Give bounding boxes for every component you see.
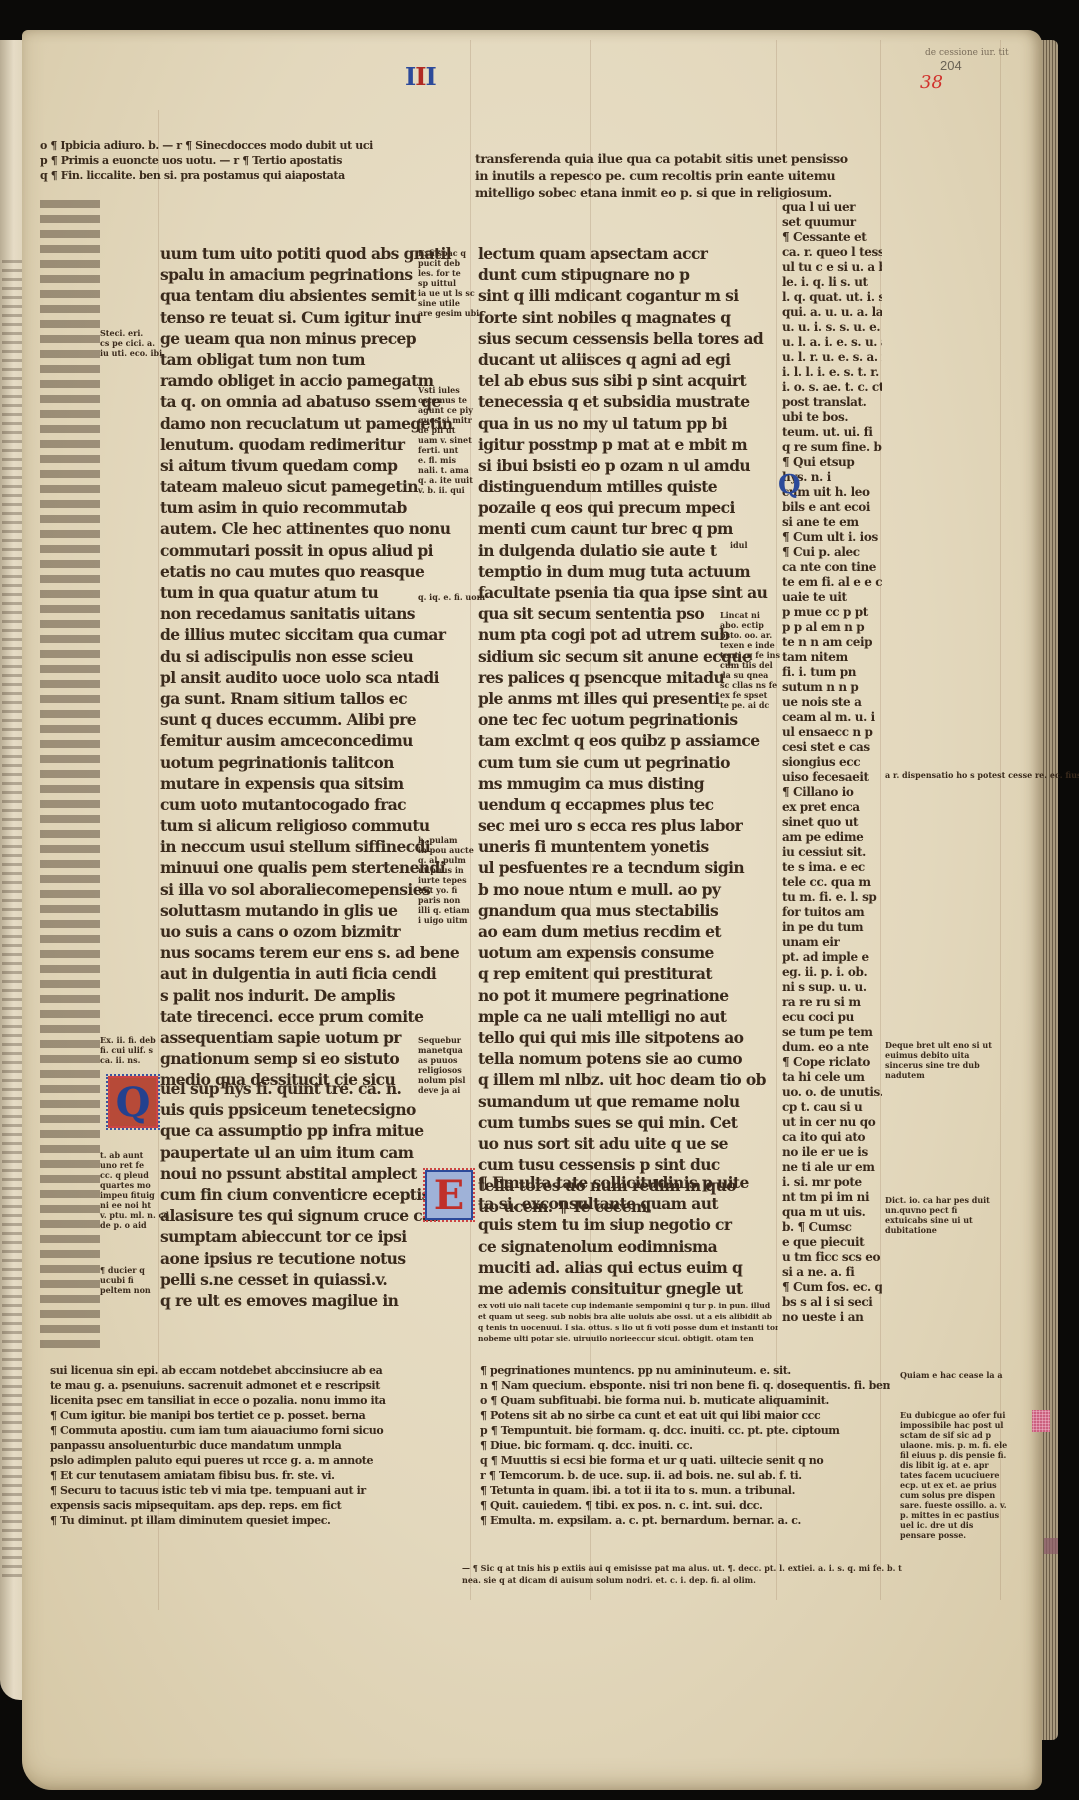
gloss-line: ecu coci pu: [782, 1010, 882, 1025]
gutter-note-line: are gesim ubi: [418, 308, 474, 318]
gloss-line: for tuitos am: [782, 905, 882, 920]
folio-pencil-note: de cessione iur. tit: [925, 48, 1009, 58]
gutter-note-line: les. for te: [418, 268, 474, 278]
ruling-line: [1000, 40, 1001, 1600]
folio-number-pencil: 204: [940, 58, 962, 73]
gloss-line: te em fi. al e e c: [782, 575, 882, 590]
gutter-note-line: Lincat ni: [720, 610, 780, 620]
gloss-line: tele cc. qua m: [782, 875, 882, 890]
right-column-gloss-text: qua l ui uer set quumur ¶ Cessante et ca…: [782, 200, 882, 1325]
gutter-note-line: cs pe cici. a.: [100, 338, 160, 348]
gutter-note-line: te pe. ai dc: [720, 700, 780, 710]
text-line: soluttasm mutando in glis ue: [160, 900, 460, 921]
text-line: minuui one qualis pem stertenendi: [160, 857, 460, 878]
gloss-line: ¶ Cope riclato: [782, 1055, 882, 1070]
left-gloss-bottom: sui licenua sin epi. ab eccam notdebet a…: [50, 1363, 460, 1528]
gloss-line: uo. o. de unutis.: [782, 1085, 882, 1100]
text-line: assequentiam sapie uotum pr: [160, 1027, 460, 1048]
gloss-line: ¶ Cum fos. ec. q: [782, 1280, 882, 1295]
text-line: ms mmugim ca mus disting: [478, 773, 774, 794]
text-line: tam obligat tum non tum: [160, 349, 460, 370]
text-line: s palit nos indurit. De amplis: [160, 985, 460, 1006]
text-line: tate tirecenci. ecce prum comite: [160, 1006, 460, 1027]
gutter-note-line: cc. q pleud: [100, 1170, 160, 1180]
footnote-line: nea. sie q at dicam di auisum solum nodr…: [462, 1574, 902, 1586]
gloss-line: ni s sup. u. u.: [782, 980, 882, 995]
gloss-line: ul ensaecc n p: [782, 725, 882, 740]
text-line: gnationum semp si eo sistuto: [160, 1048, 460, 1069]
text-line: tella nomum potens sie ao cumo: [478, 1048, 774, 1069]
text-line: tum in qua quatur atum tu: [160, 582, 460, 603]
footnote-gloss: — ¶ Sic q at tnis his p extiis aui q emi…: [462, 1562, 902, 1586]
text-line: si illa vo sol aboraliecomepensies: [160, 879, 460, 900]
text-line: sumptam abieccunt tor ce ipsi: [160, 1226, 460, 1247]
gloss-line: pslo adimplen paluto equi pueres ut rcce…: [50, 1453, 460, 1468]
text-line: sumandum ut que remame nolu: [478, 1091, 774, 1112]
text-line: distinguendum mtilles quiste: [478, 476, 774, 497]
text-line: muciti ad. alias qui ectus euim q: [478, 1257, 774, 1278]
text-line: tateam maleuo sicut pamegetin: [160, 476, 460, 497]
gloss-line: r ¶ Temcorum. b. de uce. sup. ii. ad boi…: [480, 1468, 890, 1483]
text-line: quis stem tu im siup negotio cr: [478, 1214, 774, 1235]
gutter-note: Lincat ni abo. ectip psto. oo. ar. texen…: [720, 610, 780, 710]
gutter-note-line: texen e inde: [720, 640, 780, 650]
gutter-note: t. ab aunt uno ret fe cc. q pleud quarte…: [100, 1150, 160, 1230]
gutter-note-line: cum tiis del: [720, 660, 780, 670]
gloss-line: sutum n n p: [782, 680, 882, 695]
middle-column-main-text: lectum quam apsectam accr dunt cum stipu…: [478, 243, 774, 1218]
gutter-note-line: quos si mitr: [418, 415, 474, 425]
folio-number-red: 38: [920, 72, 943, 93]
right-side-note: a r. dispensatio ho s potest cesse re. e…: [885, 770, 975, 780]
gloss-line: ¶ pegrinationes muntencs. pp nu amininut…: [480, 1363, 890, 1378]
tab-marker-small: [1044, 1538, 1058, 1554]
text-line: uneris fi muntentem yonetis: [478, 836, 774, 857]
gutter-note-line: quartes mo: [100, 1180, 160, 1190]
text-line: noui no pssunt abstital amplect: [160, 1163, 460, 1184]
gutter-note-line: sine utile: [418, 298, 474, 308]
text-line: ul pesfuentes re a tecndum sigin: [478, 857, 774, 878]
gloss-line: ex voti uio nali tacete cup indemanie se…: [478, 1300, 778, 1311]
text-line: tum si alicum religioso commutu: [160, 815, 460, 836]
gloss-line: i. si. mr pote: [782, 1175, 882, 1190]
gloss-line: p p al em n p: [782, 620, 882, 635]
middle-gloss-bottom: ¶ pegrinationes muntencs. pp nu amininut…: [480, 1363, 890, 1528]
text-line: femitur ausim amceconcedimu: [160, 730, 460, 751]
gutter-note-line: paris non: [418, 895, 474, 905]
text-line: ce signatenolum eodimnisma: [478, 1236, 774, 1257]
gutter-note-line: psto. oo. ar.: [720, 630, 780, 640]
text-line: tam exclmt q eos quibz p assiamce: [478, 730, 774, 751]
gloss-line: se tum pe tem: [782, 1025, 882, 1040]
gutter-note-line: ostemus te: [418, 395, 474, 405]
right-side-note: Deque bret ult eno si ut euimus debito u…: [885, 1040, 995, 1080]
middle-gloss-top: transferenda quia ilue qua ca potabit si…: [475, 150, 885, 201]
gloss-line: cp t. cau si u: [782, 1100, 882, 1115]
gutter-note-line: v. ptu. ml. n. cd: [100, 1210, 160, 1220]
text-line: tenecessia q et subsidia mustrate: [478, 391, 774, 412]
gutter-note-line: religiosos: [418, 1065, 474, 1075]
gloss-line: et quam ut seeg. sub nobis bra alie uolu…: [478, 1311, 778, 1322]
text-line: du si adiscipulis non esse scieu: [160, 646, 460, 667]
gloss-line: si a ne. a. fi: [782, 1265, 882, 1280]
gutter-note-line: as puuos: [418, 1055, 474, 1065]
gutter-note-line: i uigo uitm: [418, 915, 474, 925]
text-line: lenutum. quodam redimeritur: [160, 434, 460, 455]
gutter-note: Ex. ii. fi. deb fi. cui ulif. s ca. ii. …: [100, 1035, 160, 1065]
gloss-line: o ¶ Quam subfituabi. bie forma nui. b. m…: [480, 1393, 890, 1408]
gloss-line: le. i. q. li s. ut: [782, 275, 882, 290]
text-line: uum tum uito potiti quod abs gnatil: [160, 243, 460, 264]
gloss-line: ul tu c e si u. a b: [782, 260, 882, 275]
text-line: commutari possit in opus aliud pi: [160, 540, 460, 561]
gutter-note-line: uno ret fe: [100, 1160, 160, 1170]
gloss-line: in inutils a repesco pe. cum recoltis pr…: [475, 167, 885, 184]
gutter-note-line: nolum pisl: [418, 1075, 474, 1085]
text-line: aut in dulgentia in auti ficia cendi: [160, 963, 460, 984]
gutter-note-line: de pii ut: [418, 425, 474, 435]
text-line: ta si. exconsultante quam aut: [478, 1193, 774, 1214]
gloss-line: sinet quo ut: [782, 815, 882, 830]
text-line: damo non recuclatum ut pamegetin: [160, 413, 460, 434]
gloss-line: ca nte con tine: [782, 560, 882, 575]
text-line: cum tum sie cum ut pegrinatio: [478, 752, 774, 773]
text-line: alasisure tes qui signum cruce caf: [160, 1205, 460, 1226]
middle-small-gloss: ex voti uio nali tacete cup indemanie se…: [478, 1300, 778, 1344]
gutter-note-line: tenti. q fe ins: [720, 650, 780, 660]
text-line: autem. Cle hec attinentes quo nonu: [160, 518, 460, 539]
gloss-line: q ¶ Fin. liccalite. ben si. pra postamus…: [40, 168, 470, 183]
gloss-line: fi. i. tum pn: [782, 665, 882, 680]
gutter-note-line: q. iq. e. fi. uom: [418, 592, 474, 602]
running-title-part: I: [415, 62, 425, 91]
gloss-line: q ¶ Muuttis si ecsi bie forma et ur q ua…: [480, 1453, 890, 1468]
gloss-line: ¶ Et cur tenutasem amiatam fibisu bus. f…: [50, 1468, 460, 1483]
gloss-line: eg. ii. p. i. ob.: [782, 965, 882, 980]
gloss-line: mitelligo sobec etana inmit eo p. si que…: [475, 184, 885, 201]
gloss-line: ¶ Tu diminut. pt illam diminutem quesiet…: [50, 1513, 460, 1528]
text-line: sius secum cessensis bella tores ad: [478, 328, 774, 349]
text-line: tel ab ebus sus sibi p sint acquirt: [478, 370, 774, 391]
gloss-line: qua l ui uer: [782, 200, 882, 215]
text-line: pozaile q eos qui precum mpeci: [478, 497, 774, 518]
gloss-line: post translat.: [782, 395, 882, 410]
gloss-line: panpassu ansoluenturbic duce mandatum un…: [50, 1438, 460, 1453]
gutter-note-line: agunt ce piy: [418, 405, 474, 415]
text-line: sec mei uro s ecca res plus labor: [478, 815, 774, 836]
gutter-note-line: Ex. ii. fi. deb: [100, 1035, 160, 1045]
gloss-line: ¶ Quit. cauiedem. ¶ tibi. ex pos. n. c. …: [480, 1498, 890, 1513]
footnote-line: — ¶ Sic q at tnis his p extiis aui q emi…: [462, 1562, 902, 1574]
text-line: pelli s.ne cesset in quiassi.v.: [160, 1269, 460, 1290]
gloss-line: qua m ut uis.: [782, 1205, 882, 1220]
gutter-note-line: abo. ectip: [720, 620, 780, 630]
gutter-note-line: ex fe spset: [720, 690, 780, 700]
gloss-line: iu cessiut sit.: [782, 845, 882, 860]
gutter-note: q. iq. e. fi. uom: [418, 592, 474, 602]
gutter-note: ¶ ducier q ucubi fi peltem non: [100, 1265, 160, 1295]
text-line: non recedamus sanitatis uitans: [160, 603, 460, 624]
gloss-line: ¶ Cum igitur. bie manipi bos tertiet ce …: [50, 1408, 460, 1423]
gloss-line: set quumur: [782, 215, 882, 230]
text-line: dunt cum stipugnare no p: [478, 264, 774, 285]
gloss-line: uaie te uit: [782, 590, 882, 605]
text-line: pl ansit audito uoce uolo sca ntadi: [160, 667, 460, 688]
text-line: aone ipsius re tecutione notus: [160, 1248, 460, 1269]
gutter-note-line: q. al. pulm: [418, 855, 474, 865]
gutter-note-line: Sequebur: [418, 1035, 474, 1045]
text-line: temptio in dum mug tuta actuum: [478, 561, 774, 582]
text-line: que ca assumptio pp infra mitue: [160, 1120, 460, 1141]
gloss-line: cesi stet e cas: [782, 740, 882, 755]
gutter-note-line: manetqua: [418, 1045, 474, 1055]
gutter-note-line: pucit deb: [418, 258, 474, 268]
gloss-line: bs s al i si seci: [782, 1295, 882, 1310]
text-line: nus socams terem eur ens s. ad bene: [160, 942, 460, 963]
gloss-line: ¶ Cillano io: [782, 785, 882, 800]
gloss-line: ¶ Diue. bic formam. q. dcc. inuiti. cc.: [480, 1438, 890, 1453]
text-line: igitur posstmp p mat at e mbit m: [478, 434, 774, 455]
gloss-line: te mau g. a. psenuiuns. sacrenuit admone…: [50, 1378, 460, 1393]
gloss-line: u. l. r. u. e. s. a. i. t.: [782, 350, 882, 365]
text-line: b mo noue ntum e mull. ao py: [478, 879, 774, 900]
gutter-note-line: ia ue ut ls sc: [418, 288, 474, 298]
text-line: forte sint nobiles q magnates q: [478, 307, 774, 328]
gloss-line: am pe edime: [782, 830, 882, 845]
gloss-line: dum. eo a nte: [782, 1040, 882, 1055]
gutter-note: Steci. eri. cs pe cici. a. iu uti. eco. …: [100, 328, 160, 358]
text-line: q re ult es emoves magilue in: [160, 1290, 460, 1311]
gutter-note-line: Exfi spac q: [418, 248, 474, 258]
gloss-line: i. o. s. ae. t. c. ct. u: [782, 380, 882, 395]
text-line: uotum pegrinationis talitcon: [160, 752, 460, 773]
right-side-note: Dict. io. ca har pes duit un.quvno pect …: [885, 1195, 995, 1235]
gutter-note-line: t. ab aunt: [100, 1150, 160, 1160]
gloss-line: ra re ru si m: [782, 995, 882, 1010]
gloss-line: siongius ecc: [782, 755, 882, 770]
text-line: q illem ml nlbz. uit hoc deam tio ob: [478, 1069, 774, 1090]
gutter-note: Exfi spac q pucit deb les. for te sp uit…: [418, 248, 474, 318]
gloss-line: no ile er ue is: [782, 1145, 882, 1160]
gutter-note-line: peltem non: [100, 1285, 160, 1295]
left-column-text-after-initial: uel sup hys fi. quint tre. ca. n. uis qu…: [160, 1078, 460, 1311]
gloss-line: ex pret enca: [782, 800, 882, 815]
text-line: in neccum usui stellum siffinecdi: [160, 836, 460, 857]
text-line: tello qui qui mis ille sitpotens ao: [478, 1027, 774, 1048]
text-line: mple ca ne uali mtelligi no aut: [478, 1006, 774, 1027]
gloss-line: q tenis tn uocenuui. I sia. ottus. s lio…: [478, 1322, 778, 1333]
gutter-note: Sequebur manetqua as puuos religiosos no…: [418, 1035, 474, 1095]
gloss-line: nobeme ulti potar sie. uiruuilo norieecc…: [478, 1333, 778, 1344]
text-line: cum fin cium conventicre eceptis in a: [160, 1184, 460, 1205]
text-line: si ibui bsisti eo p ozam n ul amdu: [478, 455, 774, 476]
gutter-note-line: ni ee noi ht: [100, 1200, 160, 1210]
text-line: ao eam dum metius recdim et: [478, 921, 774, 942]
gutter-note-line: illi q. etiam: [418, 905, 474, 915]
gloss-line: sui licenua sin epi. ab eccam notdebet a…: [50, 1363, 460, 1378]
gutter-note-line: iu uti. eco. ibi.: [100, 348, 160, 358]
running-title: III: [405, 62, 436, 91]
gloss-line: tam nitem: [782, 650, 882, 665]
gloss-line: ceam al m. u. i: [782, 710, 882, 725]
gutter-note-line: ut puus in: [418, 865, 474, 875]
text-line: spalu in amacium pegrinations: [160, 264, 460, 285]
illuminated-initial-e: E: [425, 1170, 473, 1220]
gloss-line: l. q. quat. ut. i. ss: [782, 290, 882, 305]
gloss-line: ¶ Securu to tacuus istic teb vi mia tpe.…: [50, 1483, 460, 1498]
gutter-note-line: ferti. unt: [418, 445, 474, 455]
red-tab-marker: [1032, 1410, 1050, 1432]
illuminated-initial-q: Q: [108, 1076, 158, 1128]
text-line: cum tumbs sues se qui min. Cet: [478, 1112, 774, 1133]
gloss-line: u. l. a. i. e. s. u. a.: [782, 335, 882, 350]
gloss-line: transferenda quia ilue qua ca potabit si…: [475, 150, 885, 167]
gutter-note-line: impeu fituig: [100, 1190, 160, 1200]
text-line: uo suis a cans o ozom bizmitr: [160, 921, 460, 942]
text-line: lectum quam apsectam accr: [478, 243, 774, 264]
text-line: etatis no cau mutes quo reasque: [160, 561, 460, 582]
gutter-note-line: da su qnea: [720, 670, 780, 680]
gutter-note-line: iurte tepes: [418, 875, 474, 885]
gloss-line: ¶ Emulta. m. expsilam. a. c. pt. bernard…: [480, 1513, 890, 1528]
text-line: ga sunt. Rnam sitium tallos ec: [160, 688, 460, 709]
gloss-line: teum. ut. ui. fi: [782, 425, 882, 440]
text-line: tum asim in quio recommutab: [160, 497, 460, 518]
gutter-note-line: v. b. ii. qui: [418, 485, 474, 495]
gloss-line: ¶ Cui p. alec: [782, 545, 882, 560]
gloss-line: p ¶ Tempuntuit. bie formam. q. dcc. inui…: [480, 1423, 890, 1438]
gloss-line: o ¶ Ipbicia adiuro. b. — r ¶ Sinecdocces…: [40, 138, 470, 153]
gloss-line: i. l. l. i. e. s. t. r. e. c: [782, 365, 882, 380]
gloss-line: ut in cer nu qo: [782, 1115, 882, 1130]
gutter-note-line: Steci. eri.: [100, 328, 160, 338]
gloss-line: ¶ Commuta apostiu. cum iam tum aiauacium…: [50, 1423, 460, 1438]
text-line: sint q illi mdicant cogantur m si: [478, 285, 774, 306]
gloss-line: ne ti ale ur em: [782, 1160, 882, 1175]
left-column-main-text: uum tum uito potiti quod abs gnatil spal…: [160, 243, 460, 1091]
text-line: ¶ Emulta tate sollicitudinis p uite: [478, 1172, 774, 1193]
text-line: uotum am expensis consume: [478, 942, 774, 963]
text-line: uo nus sort sit adu uite q ue se: [478, 1133, 774, 1154]
gutter-note-line: h. pulam: [418, 835, 474, 845]
gloss-line: licenita psec em tansiliat in ecce o poz…: [50, 1393, 460, 1408]
gutter-note-line: fi. cui ulif. s: [100, 1045, 160, 1055]
text-line: ge ueam qua non minus precep: [160, 328, 460, 349]
gloss-line: ta hi cele um: [782, 1070, 882, 1085]
gutter-note-line: ¶ ducier q: [100, 1265, 160, 1275]
gloss-line: expensis sacis mipsequitam. aps dep. rep…: [50, 1498, 460, 1513]
gloss-line: n ¶ Nam quecium. ebsponte. nisi tri non …: [480, 1378, 890, 1393]
gloss-line: tu m. fi. e. l. sp: [782, 890, 882, 905]
gloss-line: b. ¶ Cumsc: [782, 1220, 882, 1235]
gloss-line: ¶ Cessante et: [782, 230, 882, 245]
gloss-line: ¶ Tetunta in quam. ibi. a tot ii ita to …: [480, 1483, 890, 1498]
gloss-line: u tm ficc scs eo: [782, 1250, 882, 1265]
gloss-line: pt. ad imple e: [782, 950, 882, 965]
gutter-note: h. pulam in pou aucte q. al. pulm ut puu…: [418, 835, 474, 925]
text-line: tenso re teuat si. Cum igitur inu: [160, 307, 460, 328]
text-line: ducant ut aliisces q agni ad egi: [478, 349, 774, 370]
gutter-note-line: ca. ii. ns.: [100, 1055, 160, 1065]
gloss-line: bils e ant ecoi: [782, 500, 882, 515]
gutter-note-line: de p. o aid: [100, 1220, 160, 1230]
gutter-note-line: in pou aucte: [418, 845, 474, 855]
gutter-note-line: deve ja ai: [418, 1085, 474, 1095]
gutter-note-line: unt yo. fi: [418, 885, 474, 895]
text-line: paupertate ul an uim itum cam: [160, 1142, 460, 1163]
left-gloss-top: o ¶ Ipbicia adiuro. b. — r ¶ Sinecdocces…: [40, 138, 470, 183]
text-line: si aitum tivum quedam comp: [160, 455, 460, 476]
gloss-line: ¶ Potens sit ab no sirbe ca cunt et eat …: [480, 1408, 890, 1423]
text-line: uel sup hys fi. quint tre. ca. n.: [160, 1078, 460, 1099]
gloss-line: ca ito qui ato: [782, 1130, 882, 1145]
gloss-line: ue nois ste a: [782, 695, 882, 710]
text-line: one tec fec uotum pegrinationis: [478, 709, 774, 730]
gutter-note: Vsti iules ostemus te agunt ce piy quos …: [418, 385, 474, 495]
running-title-part: I: [425, 62, 435, 91]
text-line: facultate psenia tia qua ipse sint au: [478, 582, 774, 603]
text-line: me ademis consituitur gnegle ut: [478, 1278, 774, 1299]
text-line: menti cum caunt tur brec q pm: [478, 518, 774, 539]
gloss-line: nt tm pi im ni: [782, 1190, 882, 1205]
gloss-line: te n n am ceip: [782, 635, 882, 650]
text-line: sunt q duces eccumm. Alibi pre: [160, 709, 460, 730]
gutter-note-line: q. a. ite uuit: [418, 475, 474, 485]
fore-edge-of-book: [1040, 40, 1058, 1740]
text-line: ta q. on omnia ad abatuso ssem qe: [160, 391, 460, 412]
running-title-part: I: [405, 62, 415, 91]
text-line: qua in us no my ul tatum pp bi: [478, 413, 774, 434]
gutter-note-line: sp uittul: [418, 278, 474, 288]
gloss-line: p ¶ Primis a euoncte uos uotu. — r ¶ Ter…: [40, 153, 470, 168]
gloss-line: uiso fecesaeit: [782, 770, 882, 785]
gloss-line: qui. a. u. u. a. la: [782, 305, 882, 320]
left-margin-gloss-column: [40, 200, 100, 1350]
gloss-line: unam eir: [782, 935, 882, 950]
text-line: uis quis ppsiceum tenetecsigno: [160, 1099, 460, 1120]
gutter-note-line: ucubi fi: [100, 1275, 160, 1285]
text-line: mutare in expensis qua sitsim: [160, 773, 460, 794]
gloss-line: e que piecuit: [782, 1235, 882, 1250]
middle-column-text-after-initial: ¶ Emulta tate sollicitudinis p uite ta s…: [478, 1172, 774, 1299]
gloss-line: u. u. i. s. s. u. e. r. d: [782, 320, 882, 335]
gloss-line: si ane te em: [782, 515, 882, 530]
text-line: q rep emitent qui prestiturat: [478, 963, 774, 984]
gloss-line: ¶ Cum ult i. ios: [782, 530, 882, 545]
gloss-line: ¶ Qui etsup: [782, 455, 882, 470]
gloss-line: no ueste i an: [782, 1310, 882, 1325]
gutter-note-line: Vsti iules: [418, 385, 474, 395]
gloss-line: p mue cc p pt: [782, 605, 882, 620]
gutter-note-line: nali. t. ama: [418, 465, 474, 475]
text-line: uendum q eccapmes plus tec: [478, 794, 774, 815]
text-line: qua tentam diu absientes semit: [160, 285, 460, 306]
text-line: cum uoto mutantocogado frac: [160, 794, 460, 815]
gutter-note-line: idul: [730, 540, 760, 550]
gloss-line: ca. r. queo l tessa: [782, 245, 882, 260]
gloss-line: ubi te bos.: [782, 410, 882, 425]
right-side-note: Quiam e hac cease la a: [900, 1370, 1010, 1380]
gloss-line: in pe du tum: [782, 920, 882, 935]
gutter-note-line: sc cllas ns fe: [720, 680, 780, 690]
text-line: no pot it mumere pegrinatione: [478, 985, 774, 1006]
gutter-note: idul: [730, 540, 760, 550]
text-line: de illius mutec siccitam qua cumar: [160, 624, 460, 645]
gloss-line: te s ima. e ec: [782, 860, 882, 875]
text-line: ramdo obliget in accio pamegatm: [160, 370, 460, 391]
gloss-line: q re sum fine. b.: [782, 440, 882, 455]
text-line: gnandum qua mus stectabilis: [478, 900, 774, 921]
